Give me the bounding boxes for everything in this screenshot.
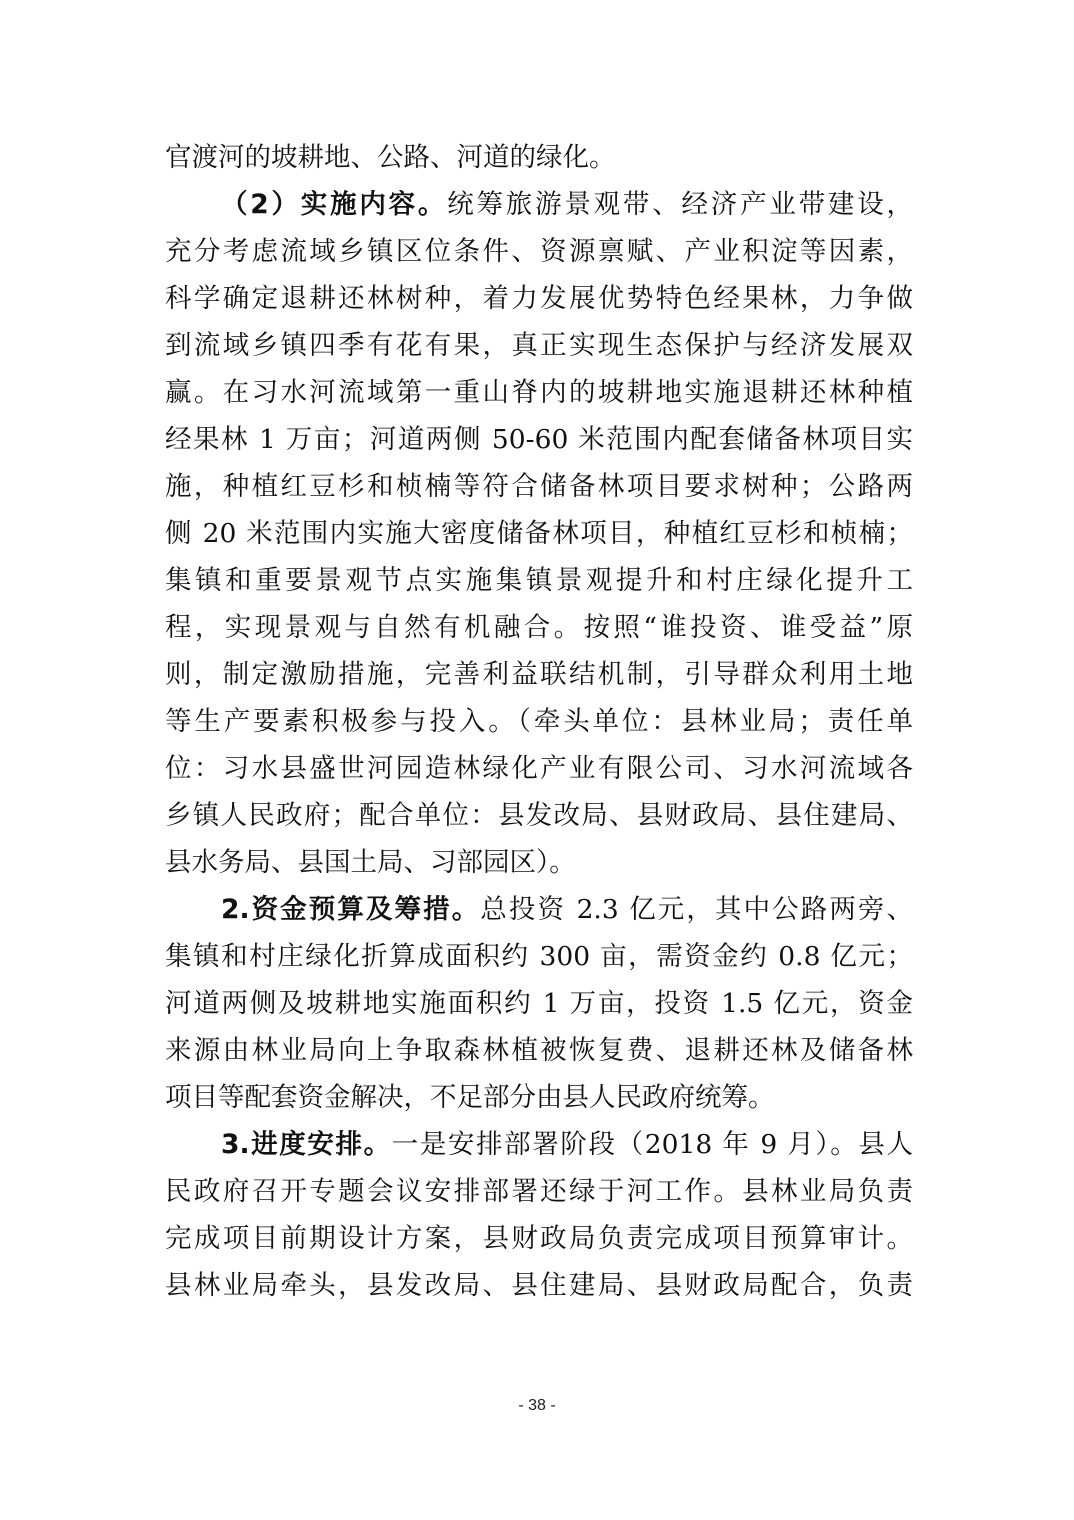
section-heading: 2.资金预算及筹措。	[221, 894, 480, 925]
text-line: 到流域乡镇四季有花有果，真正实现生态保护与经济发展双	[165, 322, 913, 369]
text-line: 侧 20 米范围内实施大密度储备林项目，种植红豆杉和桢楠；	[165, 510, 913, 557]
text-line: 充分考虑流域乡镇区位条件、资源禀赋、产业积淀等因素，	[165, 228, 913, 275]
text-line: 乡镇人民政府；配合单位：县发改局、县财政局、县住建局、	[165, 792, 913, 839]
text-line: 则，制定激励措施，完善利益联结机制，引导群众利用土地	[165, 651, 913, 698]
text-line: 县水务局、县国土局、习部园区）。	[165, 839, 913, 886]
section-heading: （2）实施内容。	[221, 189, 447, 220]
text-line: 官渡河的坡耕地、公路、河道的绿化。	[165, 134, 913, 181]
text-line: 位：习水县盛世河园造林绿化产业有限公司、习水河流域各	[165, 745, 913, 792]
section-heading-line: （2）实施内容。统筹旅游景观带、经济产业带建设，	[165, 181, 913, 228]
section-heading-line: 3.进度安排。一是安排部署阶段（2018 年 9 月）。县人	[165, 1121, 913, 1168]
document-page: 官渡河的坡耕地、公路、河道的绿化。 （2）实施内容。统筹旅游景观带、经济产业带建…	[0, 0, 1074, 1520]
text-line: 来源由林业局向上争取森林植被恢复费、退耕还林及储备林	[165, 1027, 913, 1074]
text-line: 河道两侧及坡耕地实施面积约 1 万亩，投资 1.5 亿元，资金	[165, 980, 913, 1027]
text-line: 赢。在习水河流域第一重山脊内的坡耕地实施退耕还林种植	[165, 369, 913, 416]
text-line: 施，种植红豆杉和桢楠等符合储备林项目要求树种；公路两	[165, 463, 913, 510]
text-line: 县林业局牵头，县发改局、县住建局、县财政局配合，负责	[165, 1262, 913, 1309]
text-line: 经果林 1 万亩；河道两侧 50-60 米范围内配套储备林项目实	[165, 416, 913, 463]
text-line: 程，实现景观与自然有机融合。按照“谁投资、谁受益”原	[165, 604, 913, 651]
text-line: 科学确定退耕还林树种，着力发展优势特色经果林，力争做	[165, 275, 913, 322]
text-line: 等生产要素积极参与投入。（牵头单位：县林业局；责任单	[165, 698, 913, 745]
page-number: - 38 -	[0, 1397, 1074, 1415]
text-line: 项目等配套资金解决，不足部分由县人民政府统筹。	[165, 1074, 913, 1121]
text-line: 完成项目前期设计方案，县财政局负责完成项目预算审计。	[165, 1215, 913, 1262]
body-text: 官渡河的坡耕地、公路、河道的绿化。 （2）实施内容。统筹旅游景观带、经济产业带建…	[165, 134, 913, 1309]
section-heading: 3.进度安排。	[221, 1129, 392, 1160]
text-line: 民政府召开专题会议安排部署还绿于河工作。县林业局负责	[165, 1168, 913, 1215]
text-line: 集镇和村庄绿化折算成面积约 300 亩，需资金约 0.8 亿元；	[165, 933, 913, 980]
text-line: 集镇和重要景观节点实施集镇景观提升和村庄绿化提升工	[165, 557, 913, 604]
section-heading-line: 2.资金预算及筹措。总投资 2.3 亿元，其中公路两旁、	[165, 886, 913, 933]
